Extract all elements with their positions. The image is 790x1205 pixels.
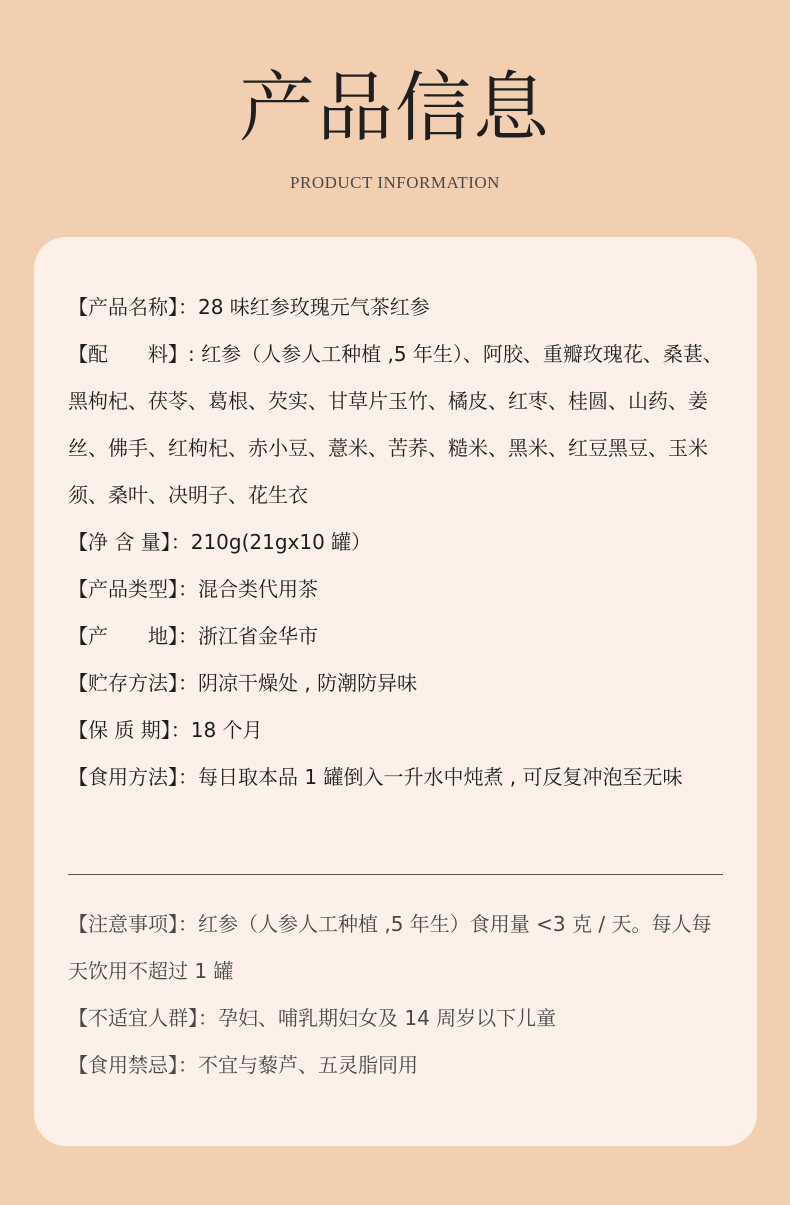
- caution-notes-list: 【注意事项】：红参（人参人工种植 ,5 年生）食用量 <3 克 / 天。每人每天…: [68, 901, 728, 1089]
- info-row-product-name: 【产品名称】：28 味红参玫瑰元气茶红参: [68, 284, 728, 331]
- product-info-list: 【产品名称】：28 味红参玫瑰元气茶红参 【配 料】: 红参（人参人工种植 ,5…: [68, 284, 728, 801]
- info-separator: ：: [178, 765, 198, 789]
- info-row-product-type: 【产品类型】：混合类代用茶: [68, 566, 728, 613]
- info-value: 18 个月: [191, 718, 263, 742]
- info-label: 【配 料】: [68, 342, 188, 366]
- info-label: 【产品类型】: [68, 577, 178, 601]
- info-value: 浙江省金华市: [198, 624, 318, 648]
- note-label: 【不适宜人群】: [68, 1006, 198, 1030]
- info-separator: ：: [171, 530, 191, 554]
- info-label: 【产品名称】: [68, 295, 178, 319]
- page-subtitle: PRODUCT INFORMATION: [0, 172, 790, 194]
- info-separator: ：: [171, 718, 191, 742]
- note-row-precautions: 【注意事项】：红参（人参人工种植 ,5 年生）食用量 <3 克 / 天。每人每天…: [68, 901, 728, 995]
- info-row-origin: 【产 地】：浙江省金华市: [68, 613, 728, 660]
- info-value: 28 味红参玫瑰元气茶红参: [198, 295, 430, 319]
- info-separator: :: [188, 342, 195, 366]
- note-row-unsuitable-groups: 【不适宜人群】：孕妇、哺乳期妇女及 14 周岁以下儿童: [68, 995, 728, 1042]
- info-label: 【食用方法】: [68, 765, 178, 789]
- info-value: 混合类代用茶: [198, 577, 318, 601]
- info-label: 【净 含 量】: [68, 530, 171, 554]
- info-label: 【贮存方法】: [68, 671, 178, 695]
- note-label: 【注意事项】: [68, 912, 178, 936]
- page-title: 产品信息: [0, 62, 790, 154]
- info-separator: ：: [178, 577, 198, 601]
- info-value: 210g(21gx10 罐）: [191, 530, 371, 554]
- info-separator: ：: [178, 295, 198, 319]
- info-value: 每日取本品 1 罐倒入一升水中炖煮 , 可反复冲泡至无味: [198, 765, 683, 789]
- info-row-ingredients: 【配 料】: 红参（人参人工种植 ,5 年生）、阿胶、重瓣玫瑰花、桑葚、黑枸杞、…: [68, 331, 728, 519]
- note-label: 【食用禁忌】: [68, 1053, 178, 1077]
- info-row-storage: 【贮存方法】：阴凉干燥处 , 防潮防异味: [68, 660, 728, 707]
- info-row-usage: 【食用方法】：每日取本品 1 罐倒入一升水中炖煮 , 可反复冲泡至无味: [68, 754, 728, 801]
- note-separator: ：: [178, 912, 198, 936]
- info-label: 【产 地】: [68, 624, 178, 648]
- info-separator: ：: [178, 624, 198, 648]
- note-separator: ：: [198, 1006, 218, 1030]
- info-row-shelf-life: 【保 质 期】：18 个月: [68, 707, 728, 754]
- info-label: 【保 质 期】: [68, 718, 171, 742]
- info-separator: ：: [178, 671, 198, 695]
- note-value: 不宜与藜芦、五灵脂同用: [198, 1053, 418, 1077]
- info-value: 阴凉干燥处 , 防潮防异味: [198, 671, 417, 695]
- note-separator: ：: [178, 1053, 198, 1077]
- note-row-contraindications: 【食用禁忌】：不宜与藜芦、五灵脂同用: [68, 1042, 728, 1089]
- section-divider: [68, 874, 723, 875]
- info-row-net-weight: 【净 含 量】：210g(21gx10 罐）: [68, 519, 728, 566]
- info-value: 红参（人参人工种植 ,5 年生）、阿胶、重瓣玫瑰花、桑葚、黑枸杞、茯苓、葛根、芡…: [68, 342, 723, 507]
- note-value: 孕妇、哺乳期妇女及 14 周岁以下儿童: [218, 1006, 556, 1030]
